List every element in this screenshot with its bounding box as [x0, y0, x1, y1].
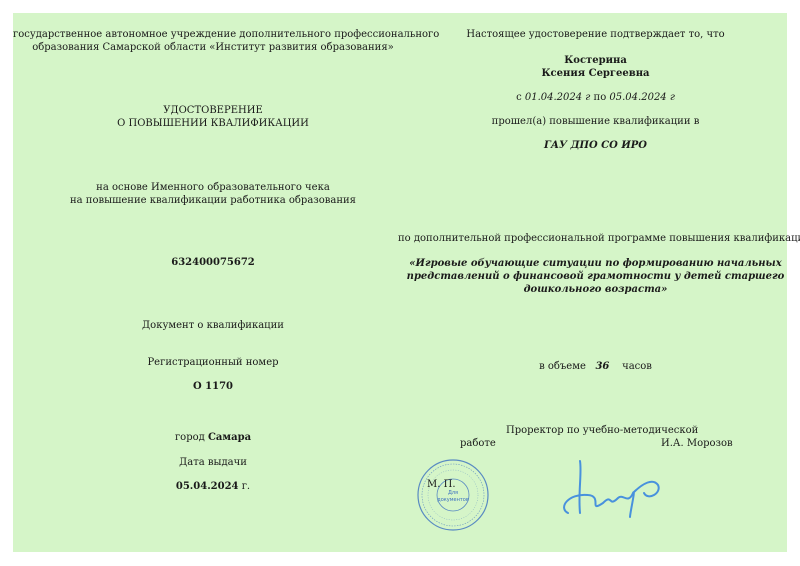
issue-date-label: Дата выдачи	[13, 456, 413, 469]
program-title-line1: «Игровые обучающие ситуации по формирова…	[398, 257, 793, 270]
issue-date: 05.04.2024	[176, 481, 239, 492]
period-line: с 01.04.2024 г по 05.04.2024 г	[398, 91, 793, 104]
hours-suffix: часов	[622, 361, 652, 372]
org-name-line1: государственное автономное учреждение до…	[13, 28, 413, 41]
org-name-line2: образования Самарской области «Институт …	[13, 41, 413, 54]
city-label: город	[175, 432, 205, 443]
basis-line1: на основе Именного образовательного чека	[13, 181, 413, 194]
intro-text: Настоящее удостоверение подтверждает то,…	[398, 28, 793, 41]
official-stamp-icon: Для документов	[416, 458, 490, 532]
signer-title-line1: Проректор по учебно-методической	[506, 424, 698, 437]
period-from-prefix: с	[516, 92, 525, 103]
given-names: Ксения Сергеевна	[398, 67, 793, 80]
issue-date-line: 05.04.2024 г.	[13, 480, 413, 493]
signer-name: И.А. Морозов	[661, 437, 733, 450]
program-title-line3: дошкольного возраста»	[398, 283, 793, 296]
city-line: город Самара	[13, 431, 413, 444]
institution: ГАУ ДПО СО ИРО	[398, 139, 793, 152]
cheque-number: 632400075672	[13, 256, 413, 269]
volume-prefix: в объеме	[539, 361, 586, 372]
date-from: 01.04.2024 г	[525, 92, 591, 103]
program-title-line2: представлений о финансовой грамотности у…	[398, 270, 793, 283]
signer-title-line2: работе	[460, 437, 496, 450]
date-to: 05.04.2024 г	[609, 92, 675, 103]
program-label: по дополнительной профессиональной прогр…	[398, 232, 793, 245]
reg-number: О 1170	[13, 380, 413, 393]
doc-qualification-label: Документ о квалификации	[13, 319, 413, 332]
reg-number-label: Регистрационный номер	[13, 356, 413, 369]
stamp-place-label: М. П.	[427, 478, 456, 491]
svg-text:документов: документов	[437, 497, 469, 503]
surname: Костерина	[398, 54, 793, 67]
passed-text: прошел(а) повышение квалификации в	[398, 115, 793, 128]
period-to-prefix: по	[590, 92, 609, 103]
issue-date-suffix: г.	[239, 481, 251, 492]
certificate-sheet: государственное автономное учреждение до…	[13, 13, 787, 552]
signature-icon	[558, 453, 678, 533]
hours: 36	[595, 361, 609, 372]
basis-line2: на повышение квалификации работника обра…	[13, 194, 413, 207]
city-value: Самара	[208, 432, 251, 443]
doc-title-line1: УДОСТОВЕРЕНИЕ	[13, 104, 413, 117]
volume-line: в объеме 36 часов	[398, 360, 793, 373]
doc-title-line2: О ПОВЫШЕНИИ КВАЛИФИКАЦИИ	[13, 117, 413, 130]
